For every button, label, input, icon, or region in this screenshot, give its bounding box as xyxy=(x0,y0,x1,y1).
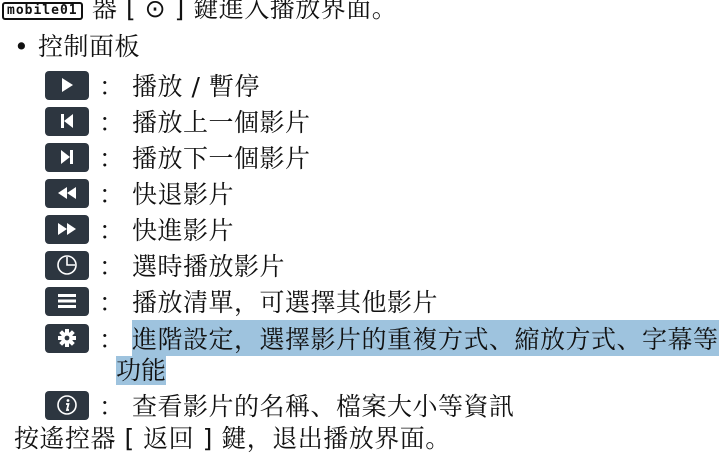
control-row-play: ： 播放 / 暫停 xyxy=(45,68,260,102)
skip-next-icon xyxy=(45,143,89,172)
control-desc-wrap: 功能 xyxy=(116,356,166,386)
control-desc: 播放上一個影片 xyxy=(132,103,311,139)
control-desc: 查看影片的名稱、檔案大小等資訊 xyxy=(132,387,515,423)
bullet-icon: • xyxy=(14,30,38,64)
outro-text: 按遙控器 [ 返回 ] 鍵，退出播放界面。 xyxy=(14,422,451,456)
control-row-rewind: ： 快退影片 xyxy=(45,176,234,210)
clock-icon xyxy=(45,251,89,280)
fast-forward-icon xyxy=(45,215,89,244)
menu-list-icon xyxy=(45,287,89,316)
control-row-playlist: ： 播放清單，可選擇其他影片 xyxy=(45,284,438,318)
play-icon xyxy=(45,71,89,100)
skip-previous-icon xyxy=(45,107,89,136)
control-desc: 選時播放影片 xyxy=(132,247,285,283)
control-row-previous: ： 播放上一個影片 xyxy=(45,104,311,138)
control-row-info: ： 查看影片的名稱、檔案大小等資訊 xyxy=(45,388,515,422)
control-row-fast-forward: ： 快進影片 xyxy=(45,212,234,246)
control-desc: 播放清單，可選擇其他影片 xyxy=(132,283,438,319)
control-desc: 播放下一個影片 xyxy=(132,139,311,175)
control-desc: 快退影片 xyxy=(132,175,234,211)
control-row-seek-time: ： 選時播放影片 xyxy=(45,248,285,282)
control-row-next: ： 播放下一個影片 xyxy=(45,140,311,174)
gear-icon xyxy=(45,324,89,353)
watermark-logo: mobile01 xyxy=(2,2,83,20)
control-row-settings: ： 進階設定，選擇影片的重複方式、縮放方式、字幕等 xyxy=(45,321,719,355)
control-desc: 播放 / 暫停 xyxy=(132,67,260,103)
intro-text: 器 [ ⊙ ] 鍵進入播放界面。 xyxy=(92,0,397,26)
section-title: 控制面板 xyxy=(38,32,140,61)
section-heading: •控制面板 xyxy=(14,30,140,64)
control-desc-highlighted: 進階設定，選擇影片的重複方式、縮放方式、字幕等 xyxy=(132,320,719,356)
info-icon xyxy=(45,391,89,420)
rewind-icon xyxy=(45,179,89,208)
control-desc: 快進影片 xyxy=(132,211,234,247)
